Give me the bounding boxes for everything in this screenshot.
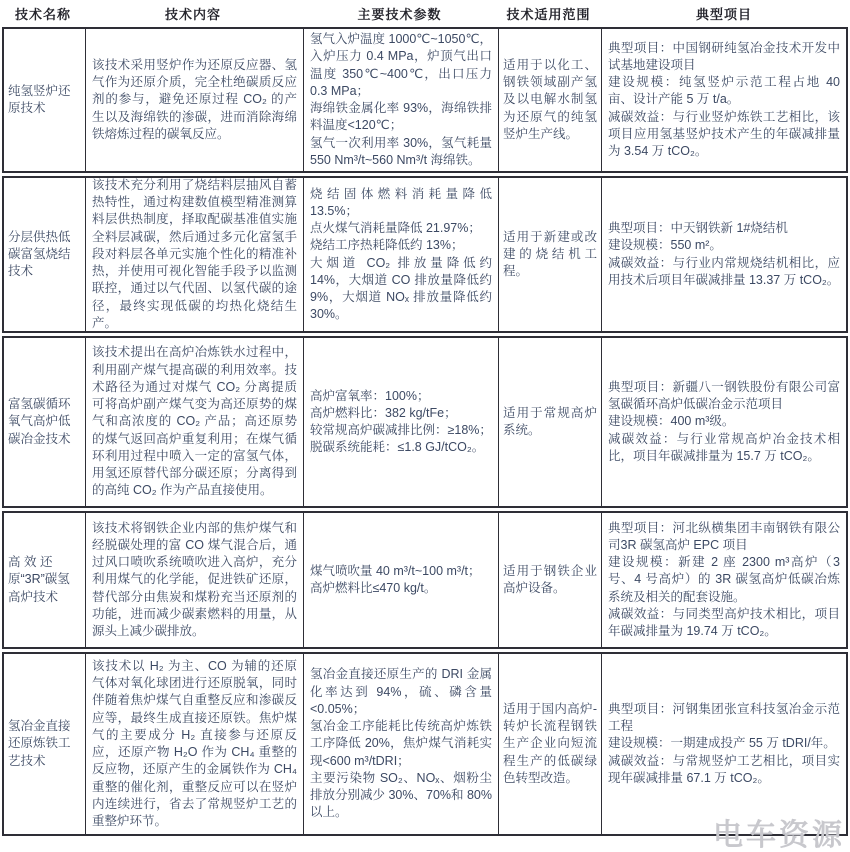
tech-content-cell: 该技术采用竖炉作为还原反应器、氢气作为还原介质，完全杜绝碳质反应剂的参与，避免还… [86,29,304,171]
project-cell: 典型项目：新疆八一钢铁股份有限公司富氢碳循环高炉低碳冶金示范项目 建设规模：40… [602,338,846,506]
tech-name-text: 纯氢竖炉还原技术 [8,83,82,118]
project-text: 典型项目：中国钢研纯氢冶金技术开发中试基地建设项目 建设规模：纯氢竖炉示范工程占… [608,40,840,161]
parameters-text: 高炉富氧率：100%； 高炉燃料比：382 kg/tFe； 较常规高炉碳减排比例… [310,388,492,457]
scope-cell: 适用于常规高炉系统。 [499,338,602,506]
table-row: 氢冶金直接还原炼铁工艺技术 该技术以 H₂ 为主、CO 为辅的还原气体对氧化球团… [2,652,848,836]
table-row: 高 效 还 原“3R”碳氢高炉技术 该技术将钢铁企业内部的焦炉煤气和经脱碳处理的… [2,511,848,649]
project-text: 典型项目：新疆八一钢铁股份有限公司富氢碳循环高炉低碳冶金示范项目 建设规模：40… [608,379,840,465]
col-header-tech-content: 技术内容 [84,4,302,23]
tech-content-cell: 该技术以 H₂ 为主、CO 为辅的还原气体对氧化球团进行还原脱氧，同时伴随着焦炉… [86,654,304,834]
parameters-text: 烧结固体燃料消耗量降低 13.5%； 点火煤气消耗量降低 21.97%； 烧结工… [310,186,492,324]
scope-cell: 适用于钢铁企业高炉设备。 [499,513,602,647]
technology-table: 技术名称 技术内容 主要技术参数 技术适用范围 典型项目 纯氢竖炉还原技术 该技… [2,0,848,839]
tech-name-cell: 高 效 还 原“3R”碳氢高炉技术 [4,513,86,647]
tech-content-cell: 该技术充分利用了烧结料层抽风自蓄热特性，通过构建数值模型精准测算料层供热制度，择… [86,178,304,331]
page: 技术名称 技术内容 主要技术参数 技术适用范围 典型项目 纯氢竖炉还原技术 该技… [0,0,850,852]
project-cell: 典型项目：河钢集团张宣科技氢冶金示范工程 建设规模：一期建成投产 55 万 tD… [602,654,846,834]
table-row: 分层供热低碳富氢烧结技术 该技术充分利用了烧结料层抽风自蓄热特性，通过构建数值模… [2,176,848,333]
col-header-scope: 技术适用范围 [497,4,600,23]
scope-cell: 适用于国内高炉-转炉长流程钢铁生产企业向短流程生产的低碳绿色转型改造。 [499,654,602,834]
tech-name-text: 高 效 还 原“3R”碳氢高炉技术 [8,554,82,606]
scope-cell: 适用于新建或改建的烧结机工程。 [499,178,602,331]
tech-content-text: 该技术以 H₂ 为主、CO 为辅的还原气体对氧化球团进行还原脱氧，同时伴随着焦炉… [92,658,297,831]
table-row: 富氢碳循环氧气高炉低碳冶金技术 该技术提出在高炉冶炼铁水过程中，利用副产煤气提高… [2,336,848,508]
tech-name-cell: 富氢碳循环氧气高炉低碳冶金技术 [4,338,86,506]
tech-name-cell: 氢冶金直接还原炼铁工艺技术 [4,654,86,834]
col-header-parameters: 主要技术参数 [302,4,497,23]
tech-name-cell: 分层供热低碳富氢烧结技术 [4,178,86,331]
tech-content-cell: 该技术将钢铁企业内部的焦炉煤气和经脱碳处理的富 CO 煤气混合后，通过风口喷吹系… [86,513,304,647]
parameters-cell: 煤气喷吹量 40 m³/t~100 m³/t； 高炉燃料比≤470 kg/t。 [304,513,499,647]
tech-name-text: 分层供热低碳富氢烧结技术 [8,229,82,281]
col-header-projects: 典型项目 [600,4,848,23]
project-text: 典型项目：河北纵横集团丰南钢铁有限公司3R 碳氢高炉 EPC 项目 建设规模：新… [608,520,840,641]
parameters-cell: 氢冶金直接还原生产的 DRI 金属化率达到 94%，硫、磷含量<0.05%； 氢… [304,654,499,834]
parameters-cell: 烧结固体燃料消耗量降低 13.5%； 点火煤气消耗量降低 21.97%； 烧结工… [304,178,499,331]
tech-name-text: 富氢碳循环氧气高炉低碳冶金技术 [8,396,82,448]
project-cell: 典型项目：中天钢铁新 1#烧结机 建设规模：550 m²。 减碳效益：与行业内常… [602,178,846,331]
project-text: 典型项目：河钢集团张宣科技氢冶金示范工程 建设规模：一期建成投产 55 万 tD… [608,701,840,787]
parameters-text: 氢气入炉温度 1000℃~1050℃，入炉压力 0.4 MPa，炉顶气出口温度 … [310,31,492,169]
scope-text: 适用于钢铁企业高炉设备。 [503,563,597,598]
table-row: 纯氢竖炉还原技术 该技术采用竖炉作为还原反应器、氢气作为还原介质，完全杜绝碳质反… [2,27,848,173]
scope-text: 适用于常规高炉系统。 [503,405,597,440]
parameters-text: 煤气喷吹量 40 m³/t~100 m³/t； 高炉燃料比≤470 kg/t。 [310,563,492,598]
project-cell: 典型项目：河北纵横集团丰南钢铁有限公司3R 碳氢高炉 EPC 项目 建设规模：新… [602,513,846,647]
parameters-text: 氢冶金直接还原生产的 DRI 金属化率达到 94%，硫、磷含量<0.05%； 氢… [310,666,492,821]
tech-name-cell: 纯氢竖炉还原技术 [4,29,86,171]
scope-cell: 适用于以化工、钢铁领域副产氢及以电解水制氢为还原气的纯氢竖炉生产线。 [499,29,602,171]
tech-content-text: 该技术充分利用了烧结料层抽风自蓄热特性，通过构建数值模型精准测算料层供热制度，择… [92,178,297,331]
tech-content-text: 该技术采用竖炉作为还原反应器、氢气作为还原介质，完全杜绝碳质反应剂的参与，避免还… [92,57,297,143]
tech-content-text: 该技术提出在高炉冶炼铁水过程中，利用副产煤气提高碳的利用效率。技术路径为通过对煤… [92,344,297,499]
tech-content-cell: 该技术提出在高炉冶炼铁水过程中，利用副产煤气提高碳的利用效率。技术路径为通过对煤… [86,338,304,506]
tech-name-text: 氢冶金直接还原炼铁工艺技术 [8,718,82,770]
watermark: 电车资源 [713,810,845,852]
parameters-cell: 高炉富氧率：100%； 高炉燃料比：382 kg/tFe； 较常规高炉碳减排比例… [304,338,499,506]
tech-content-text: 该技术将钢铁企业内部的焦炉煤气和经脱碳处理的富 CO 煤气混合后，通过风口喷吹系… [92,520,297,641]
project-cell: 典型项目：中国钢研纯氢冶金技术开发中试基地建设项目 建设规模：纯氢竖炉示范工程占… [602,29,846,171]
project-text: 典型项目：中天钢铁新 1#烧结机 建设规模：550 m²。 减碳效益：与行业内常… [608,220,840,289]
parameters-cell: 氢气入炉温度 1000℃~1050℃，入炉压力 0.4 MPa，炉顶气出口温度 … [304,29,499,171]
scope-text: 适用于国内高炉-转炉长流程钢铁生产企业向短流程生产的低碳绿色转型改造。 [503,701,597,787]
scope-text: 适用于新建或改建的烧结机工程。 [503,229,597,281]
col-header-tech-name: 技术名称 [2,4,84,23]
scope-text: 适用于以化工、钢铁领域副产氢及以电解水制氢为还原气的纯氢竖炉生产线。 [503,57,597,143]
table-header: 技术名称 技术内容 主要技术参数 技术适用范围 典型项目 [2,0,848,27]
